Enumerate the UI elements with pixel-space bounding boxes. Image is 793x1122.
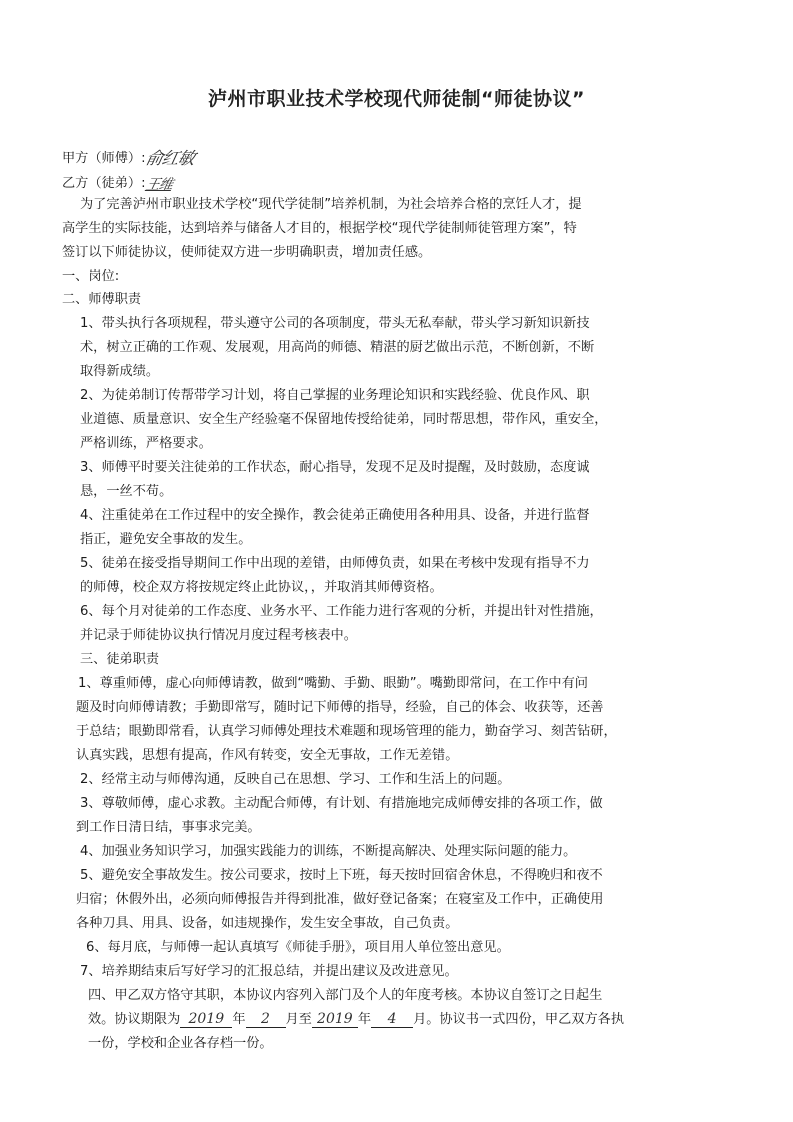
master-duty-line: 2、为徒弟制订传帮带学习计划，将自己掌握的业务理论知识和实践经验、优良作风、职 [80, 387, 590, 405]
section-heading-apprentice-duties: 三、徒弟职责 [80, 651, 159, 669]
master-duty-line: 4、注重徒弟在工作过程中的安全操作，教会徒弟正确使用各种用具、设备，并进行监督 [80, 507, 590, 525]
end-month-field: 4 [371, 1011, 413, 1028]
master-duty-line: 3、师傅平时要关注徒弟的工作状态，耐心指导，发现不足及时提醒，及时鼓励，态度诚 [80, 459, 590, 477]
period-prefix: 效。协议期限为 [88, 1012, 180, 1027]
party-a-signature: 俞红敏 [144, 150, 196, 168]
apprentice-duty-line: 到工作日清日结，事事求完美。 [76, 819, 261, 837]
agreement-page: 泸州市职业技术学校现代师徒制“师徒协议” 甲方（师傅）:俞红敏 乙方（徒弟）:王… [0, 0, 793, 1122]
apprentice-duty-line: 7、培养期结束后写好学习的汇报总结，并提出建议及改进意见。 [80, 963, 458, 981]
apprentice-duty-line: 6、每月底，与师傅一起认真填写《师徒手册》，项目用人单位签出意见。 [86, 939, 510, 957]
intro-line: 高学生的实际技能，达到培养与储备人才目的，根据学校“现代学徒制师徒管理方案”，特 [62, 220, 577, 238]
master-duty-line: 指正，避免安全事故的发生。 [80, 531, 251, 549]
master-duty-line: 业道德、质量意识、安全生产经验毫不保留地传授给徒弟，同时帮思想，带作风，重安全， [80, 411, 608, 429]
party-a-row: 甲方（师傅）:俞红敏 [62, 150, 194, 168]
start-month-field: 2 [246, 1011, 286, 1028]
apprentice-duty-line: 各种刀具、用具、设备，如违规操作，发生安全事故，自己负责。 [76, 915, 458, 933]
apprentice-duty-line: 4、加强业务知识学习，加强实践能力的训练，不断提高解决、处理实际问题的能力。 [80, 843, 576, 861]
master-duty-line: 并记录于师徒协议执行情况月度过程考核表中。 [80, 627, 357, 645]
master-duty-line: 1、带头执行各项规程，带头遵守公司的各项制度，带头无私奉献，带头学习新知识新技 [80, 315, 590, 333]
apprentice-duty-line: 3、尊敬师傅，虚心求教。主动配合师傅，有计划、有措施地完成师傅安排的各项工作，做 [80, 795, 603, 813]
section4-line: 一份，学校和企业各存档一份。 [88, 1035, 273, 1053]
apprentice-duty-line: 5、避免安全事故发生。按公司要求，按时上下班，每天按时回宿舍休息，不得晚归和夜不 [80, 867, 603, 885]
master-duty-line: 5、徒弟在接受指导期间工作中出现的差错，由师傅负责，如果在考核中发现有指导不力 [80, 555, 590, 573]
apprentice-duty-line: 归宿；休假外出，必须向师傅报告并得到批准，做好登记备案；在寝室及工作中，正确使用 [76, 891, 604, 909]
document-title: 泸州市职业技术学校现代师徒制“师徒协议” [0, 84, 793, 111]
period-suffix: 月。协议书一式四份，甲乙双方各执 [413, 1012, 624, 1027]
year-label: 年 [232, 1012, 245, 1027]
master-duty-line: 严格训练，严格要求。 [80, 435, 212, 453]
section-heading-master-duties: 二、师傅职责 [62, 291, 141, 309]
master-duty-line: 6、每个月对徒弟的工作态度、业务水平、工作能力进行客观的分析，并提出针对性措施， [80, 603, 603, 621]
master-duty-line: 术，树立正确的工作观、发展观，用高尚的师德、精湛的厨艺做出示范，不断创新，不断 [80, 339, 594, 357]
master-duty-line: 取得新成绩。 [80, 363, 159, 381]
apprentice-duty-line: 1、尊重师傅，虚心向师傅请教，做到“嘴勤、手勤、眼勤”。嘴勤即常问，在工作中有问 [78, 675, 588, 693]
apprentice-duty-line: 认真实践，思想有提高，作风有转变，安全无事故，工作无差错。 [76, 747, 458, 765]
party-b-row: 乙方（徒弟）:王维 [62, 175, 172, 194]
master-duty-line: 恳，一丝不苟。 [80, 483, 172, 501]
apprentice-duty-line: 于总结；眼勤即常看，认真学习师傅处理技术难题和现场管理的能力，勤奋学习、刻苦钻研… [76, 723, 617, 741]
intro-line: 为了完善泸州市职业技术学校“现代学徒制”培养机制，为社会培养合格的烹饪人才，提 [80, 196, 582, 214]
apprentice-duty-line: 题及时向师傅请教；手勤即常写，随时记下师傅的指导，经验，自己的体会、收获等，还善 [76, 699, 604, 717]
agreement-period-row: 效。协议期限为2019年2月至2019年4月。协议书一式四份，甲乙双方各执 [88, 1011, 624, 1029]
intro-line: 签订以下师徒协议，使师徒双方进一步明确职责，增加责任感。 [62, 244, 431, 262]
year-label: 年 [358, 1012, 371, 1027]
month-to-label: 月至 [286, 1012, 312, 1027]
start-year-field: 2019 [180, 1011, 232, 1028]
section4-line: 四、甲乙双方恪守其职，本协议内容列入部门及个人的年度考核。本协议自签订之日起生 [88, 987, 602, 1005]
party-a-label: 甲方（师傅）: [62, 151, 146, 166]
section-heading-position: 一、岗位: [62, 268, 119, 286]
master-duty-line: 的师傅，校企双方将按规定终止此协议，，并取消其师傅资格。 [80, 579, 443, 597]
end-year-field: 2019 [312, 1011, 358, 1028]
party-b-signature: 王维 [144, 176, 174, 194]
apprentice-duty-line: 2、经常主动与师傅沟通，反映自己在思想、学习、工作和生活上的问题。 [80, 771, 510, 789]
party-b-label: 乙方（徒弟）: [62, 176, 146, 191]
